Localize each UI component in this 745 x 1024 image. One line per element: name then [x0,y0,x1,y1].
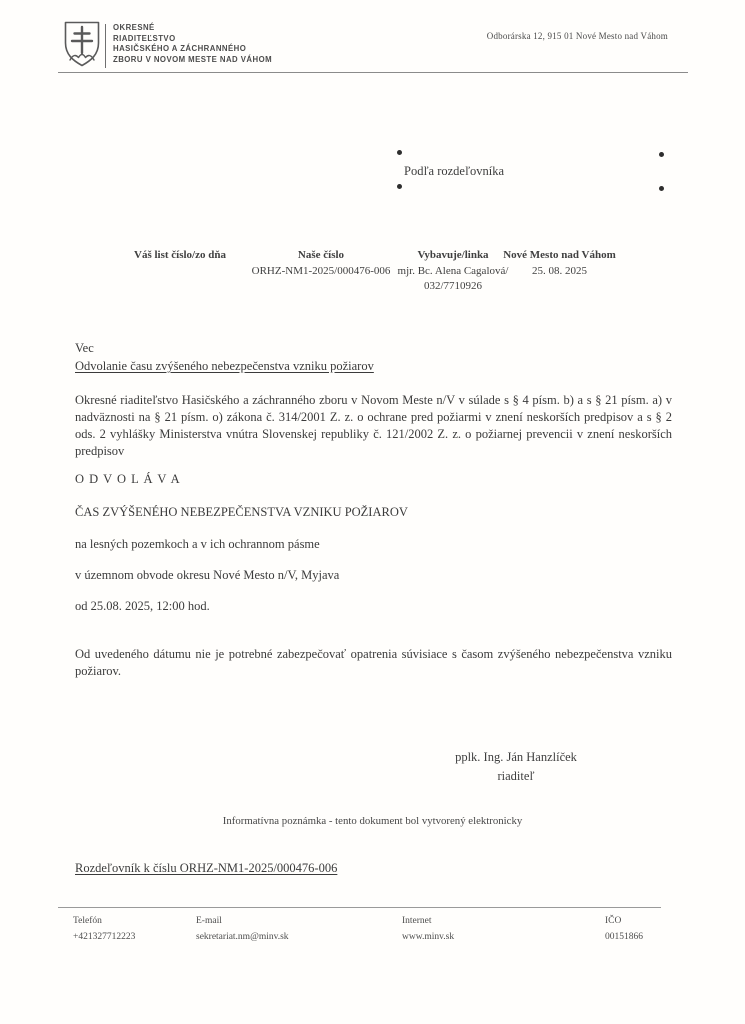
org-line-3: HASIČSKÉHO A ZÁCHRANNÉHO [113,44,373,55]
declaration-word: O D V O L Á V A [75,472,181,487]
dot-marker-icon [397,184,402,189]
dot-marker-icon [659,186,664,191]
footer-rule [58,907,661,908]
signatory-name: pplk. Ing. Ján Hanzlíček [416,748,616,767]
recipient-line: Podľa rozdeľovníka [404,164,504,179]
dot-marker-icon [397,150,402,155]
legal-paragraph: Okresné riaditeľstvo Hasičského a záchra… [75,392,672,460]
scope-line-2: v územnom obvode okresu Nové Mesto n/V, … [75,568,339,583]
office-address: Odborárska 12, 915 01 Nové Mesto nad Váh… [487,31,668,41]
signatory-title: riaditeľ [416,767,616,786]
header-rule [58,72,688,73]
footer-col-ico: IČO 00151866 [605,913,643,945]
header-divider [105,24,106,68]
footer-label: Telefón [73,913,135,929]
ref-header: Váš list číslo/zo dňa [105,248,255,263]
ref-header: Nové Mesto nad Váhom [497,248,622,263]
ref-header: Naše číslo [240,248,402,263]
footer-value: 00151866 [605,929,643,945]
subject-title: Odvolanie času zvýšeného nebezpečenstva … [75,359,374,374]
closing-paragraph: Od uvedeného dátumu nie je potrebné zabe… [75,646,672,680]
informative-note: Informatívna poznámka - tento dokument b… [0,815,745,827]
organization-name: OKRESNÉ RIADITEĽSTVO HASIČSKÉHO A ZÁCHRA… [113,23,373,65]
org-line-1: OKRESNÉ [113,23,373,34]
footer-col-phone: Telefón +421327712223 [73,913,135,945]
effective-date-line: od 25.08. 2025, 12:00 hod. [75,599,210,614]
ref-col-place-date: Nové Mesto nad Váhom 25. 08. 2025 [497,248,622,279]
footer-label: IČO [605,913,643,929]
ref-value: 032/7710926 [383,279,523,294]
ref-value: ORHZ-NM1-2025/000476-006 [240,264,402,279]
ref-value: 25. 08. 2025 [497,264,622,279]
ref-col-our-number: Naše číslo ORHZ-NM1-2025/000476-006 [240,248,402,279]
declaration-subject: ČAS ZVÝŠENÉHO NEBEZPEČENSTVA VZNIKU POŽI… [75,505,408,520]
signature-block: pplk. Ing. Ján Hanzlíček riaditeľ [416,748,616,786]
slovak-coat-of-arms-icon [62,20,102,68]
letter-page: OKRESNÉ RIADITEĽSTVO HASIČSKÉHO A ZÁCHRA… [0,0,745,1024]
footer-value: sekretariat.nm@minv.sk [196,929,289,945]
ref-col-your-number: Váš list číslo/zo dňa [105,248,255,264]
footer-col-internet: Internet www.minv.sk [402,913,454,945]
org-line-4: ZBORU V NOVOM MESTE NAD VÁHOM [113,55,373,66]
footer-label: Internet [402,913,454,929]
dot-marker-icon [659,152,664,157]
footer-label: E-mail [196,913,289,929]
org-line-2: RIADITEĽSTVO [113,34,373,45]
subject-label: Vec [75,341,94,356]
footer-value: www.minv.sk [402,929,454,945]
footer-value: +421327712223 [73,929,135,945]
footer-col-email: E-mail sekretariat.nm@minv.sk [196,913,289,945]
scope-line-1: na lesných pozemkoch a v ich ochrannom p… [75,537,320,552]
distribution-list-title: Rozdeľovník k číslu ORHZ-NM1-2025/000476… [75,861,337,876]
